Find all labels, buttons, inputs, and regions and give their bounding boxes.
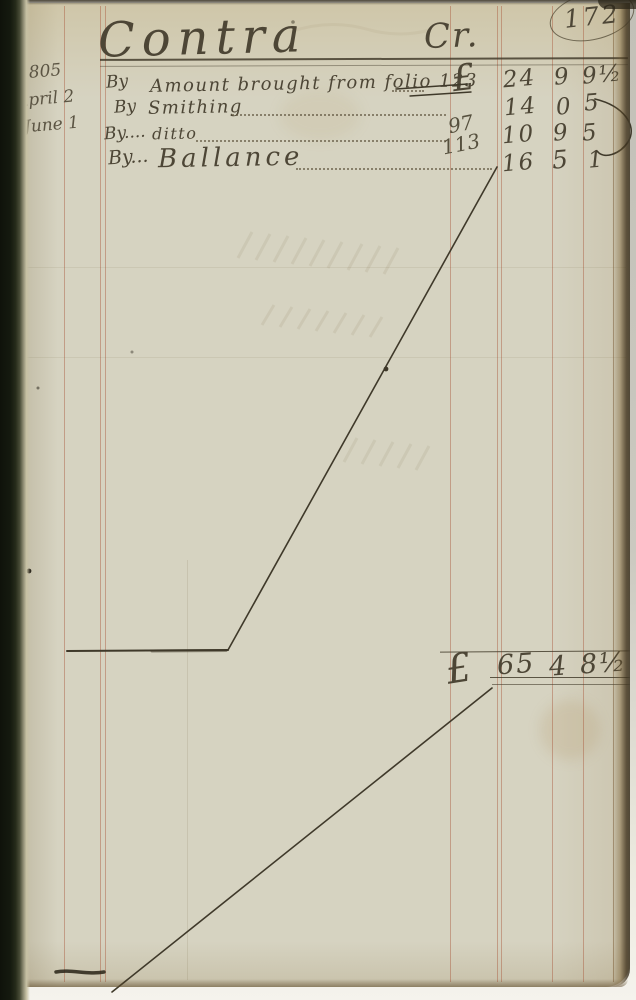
entry-description: Smithing bbox=[148, 96, 243, 119]
page-right-edge bbox=[612, 3, 630, 987]
paper-crease bbox=[26, 357, 626, 358]
paper-crease bbox=[26, 267, 626, 268]
entry-prefix: By bbox=[113, 96, 136, 117]
paper-crease bbox=[187, 560, 188, 980]
leader-dots bbox=[196, 140, 446, 142]
column-rule-description-b bbox=[105, 6, 106, 982]
entry-prefix: By... bbox=[107, 145, 149, 170]
entry-shillings: 9 bbox=[553, 63, 572, 90]
leader-dots bbox=[392, 90, 424, 92]
column-rule-pounds-a bbox=[497, 6, 498, 982]
entry-prefix: By.... bbox=[103, 122, 146, 145]
entry-pence: 1 bbox=[587, 146, 606, 173]
entry-description: Ballance bbox=[158, 142, 304, 175]
book-binding bbox=[0, 0, 30, 1000]
column-rule-date bbox=[64, 6, 65, 982]
page-top-right-corner bbox=[598, 0, 636, 9]
entry-pounds: 14 bbox=[503, 93, 538, 122]
leader-dots bbox=[296, 168, 492, 170]
total-rule-bottom bbox=[490, 677, 630, 678]
credit-heading: Cr. bbox=[423, 15, 480, 57]
entry-description: ditto bbox=[152, 124, 198, 144]
currency-symbol: £ bbox=[450, 57, 478, 100]
page-bottom-edge bbox=[26, 979, 628, 987]
entry-pounds: 16 bbox=[501, 149, 536, 178]
entry-shillings: 5 bbox=[551, 144, 571, 174]
page-top-edge bbox=[24, 0, 636, 5]
entry-pence: 5 bbox=[583, 89, 602, 116]
leader-dots bbox=[232, 114, 446, 116]
entry-prefix: By bbox=[105, 71, 128, 92]
entry-shillings: 0 bbox=[555, 93, 574, 120]
paper-stain bbox=[540, 700, 600, 760]
column-rule-description-a bbox=[100, 6, 101, 982]
entry-shillings: 9 bbox=[552, 119, 571, 146]
total-rule-bottom-2 bbox=[492, 684, 630, 685]
entry-pounds: 10 bbox=[501, 121, 536, 150]
ledger-page-photo: Contra Cr. 172 1805 April 2 June 1 By Am… bbox=[0, 0, 636, 1000]
entry-pence: 5 bbox=[581, 119, 600, 146]
entry-pounds: 24 bbox=[502, 65, 537, 94]
column-rule-pence bbox=[583, 6, 584, 982]
